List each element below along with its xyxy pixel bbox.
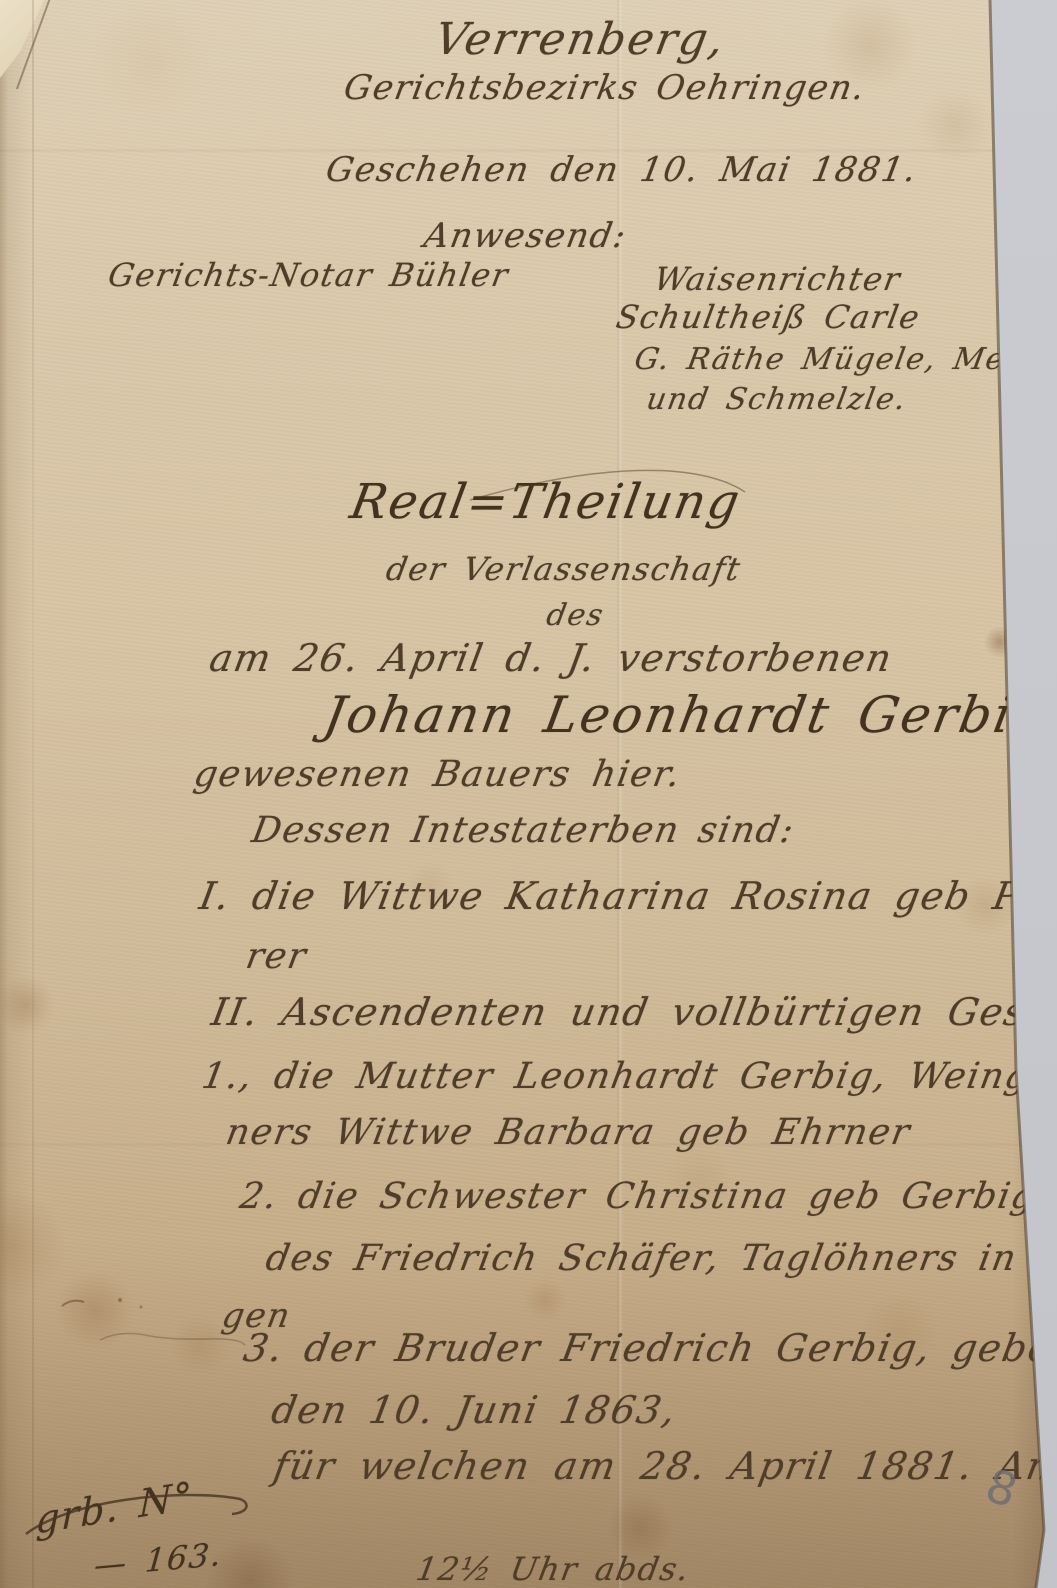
line-heir2-1: 1., die Mutter Leonhardt Gerbig, Weingär… xyxy=(199,1056,1057,1097)
line-waisenrichter: Waisenrichter xyxy=(651,260,904,298)
line-raethe: G. Räthe Mügele, Metzger xyxy=(632,342,1057,377)
line-heir2-3: 3. der Bruder Friedrich Gerbig, geboren xyxy=(240,1326,1057,1370)
document-photo: Verrenberg, Gerichtsbezirks Oehringen. G… xyxy=(0,0,1057,1588)
line-heir2-3-date: den 10. Juni 1863, xyxy=(268,1388,680,1432)
line-schmelzle: und Schmelzle. xyxy=(644,382,910,417)
line-deceased-role: gewesenen Bauers hier. xyxy=(191,754,685,795)
line-subtitle-des: des xyxy=(544,598,607,633)
margin-note-number: grb. N° xyxy=(35,1473,194,1543)
line-deceased-name: Johann Leonhardt Gerbig, xyxy=(320,686,1057,744)
line-district: Gerichtsbezirks Oehringen. xyxy=(341,68,869,108)
line-heir2-heading: II. Ascendenten und vollbürtigen Geschwi… xyxy=(208,990,1057,1034)
line-title: Real=Theilung xyxy=(346,474,745,530)
line-place: Verrenberg, xyxy=(431,14,730,65)
line-schultheiss: Schultheiß Carle xyxy=(613,298,923,336)
line-heir1: I. die Wittwe Katharina Rosina geb Pfist… xyxy=(196,874,1057,918)
line-heir2-2-cont: des Friedrich Schäfer, Taglöhners in Oeh… xyxy=(263,1238,1057,1279)
line-present-label: Anwesend: xyxy=(421,216,630,256)
line-notary: Gerichts-Notar Bühler xyxy=(105,256,512,294)
line-heir2-1-cont: ners Wittwe Barbara geb Ehrner xyxy=(223,1112,914,1153)
line-heir1-cont: rer xyxy=(243,936,310,977)
left-fold-crease xyxy=(32,0,34,1588)
line-heir2-2: 2. die Schwester Christina geb Gerbig, E… xyxy=(237,1176,1057,1217)
line-heirs-intro: Dessen Intestaterben sind: xyxy=(249,810,798,851)
line-bottom-partial: 12½ Uhr abds. xyxy=(413,1550,693,1588)
line-date: Geschehen den 10. Mai 1881. xyxy=(323,150,921,190)
line-subtitle-estate: der Verlassenschaft xyxy=(383,550,744,588)
line-heir2-3-cont: für welchen am 28. April 1881. Amt xyxy=(270,1444,1057,1488)
paper-sheet: Verrenberg, Gerichtsbezirks Oehringen. G… xyxy=(0,0,1057,1588)
line-deceased-intro: am 26. April d. J. verstorbenen xyxy=(206,636,896,680)
margin-note-value: — 163. xyxy=(93,1535,224,1585)
